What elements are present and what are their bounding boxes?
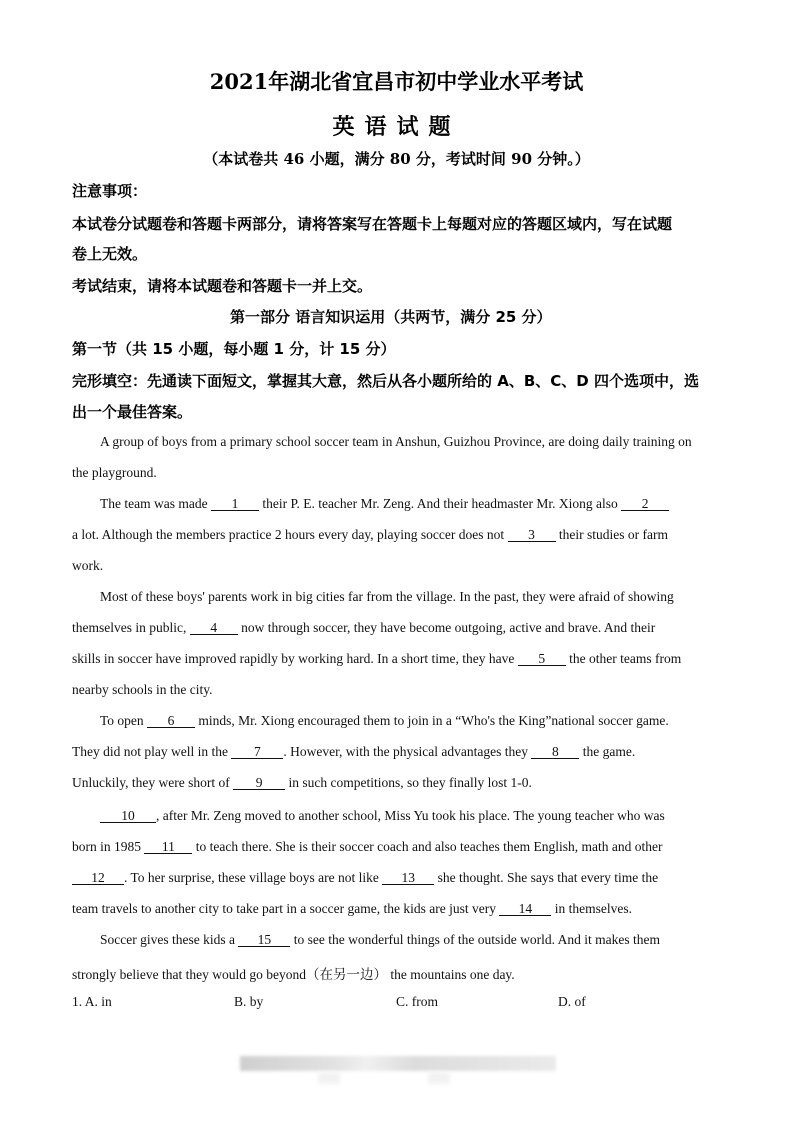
- text: . However, with the physical advantages …: [283, 744, 531, 759]
- blurred-footer-mark: [318, 1072, 340, 1084]
- passage-line: A group of boys from a primary school so…: [100, 434, 750, 450]
- text: , after Mr. Zeng moved to another school…: [156, 808, 665, 823]
- passage-line: 10, after Mr. Zeng moved to another scho…: [100, 808, 750, 824]
- notice-line-1: 本试卷分试题卷和答题卡两部分，请将答案写在答题卡上每题对应的答题区域内，写在试题: [72, 213, 672, 234]
- blank-8: 8: [531, 745, 579, 759]
- text: in such competitions, so they finally lo…: [285, 775, 532, 790]
- text: themselves in public,: [72, 620, 190, 635]
- text: Soccer gives these kids a: [100, 932, 238, 947]
- notice-heading: 注意事项：: [72, 180, 147, 201]
- instruction-line-2: 出一个最佳答案。: [72, 401, 192, 422]
- blurred-footer: [240, 1056, 556, 1071]
- option-a: 1. A. in: [72, 994, 112, 1010]
- blank-1: 1: [211, 497, 259, 511]
- blank-14: 14: [499, 902, 551, 916]
- notice-line-3: 考试结束，请将本试题卷和答题卡一并上交。: [72, 275, 372, 296]
- text: in themselves.: [551, 901, 632, 916]
- text: minds, Mr. Xiong encouraged them to join…: [195, 713, 669, 728]
- blank-7: 7: [231, 745, 283, 759]
- passage-line: the playground.: [72, 465, 722, 481]
- option-b: B. by: [234, 994, 263, 1010]
- text: their P. E. teacher Mr. Zeng. And their …: [259, 496, 621, 511]
- blank-12: 12: [72, 871, 124, 885]
- passage-line: 12. To her surprise, these village boys …: [72, 870, 722, 886]
- text: team travels to another city to take par…: [72, 901, 499, 916]
- text: the game.: [579, 744, 635, 759]
- option-c: C. from: [396, 994, 438, 1010]
- blank-11: 11: [144, 840, 192, 854]
- passage-line: a lot. Although the members practice 2 h…: [72, 527, 722, 543]
- section-heading: 第一节（共 15 小题，每小题 1 分，计 15 分）: [72, 338, 396, 359]
- text: To open: [100, 713, 147, 728]
- text: their studies or farm: [556, 527, 668, 542]
- text: to teach there. She is their soccer coac…: [192, 839, 662, 854]
- passage-line: Unluckily, they were short of 9 in such …: [72, 775, 722, 791]
- text: a lot. Although the members practice 2 h…: [72, 527, 508, 542]
- text: They did not play well in the: [72, 744, 231, 759]
- blank-6: 6: [147, 714, 195, 728]
- subject-title: 英语试题: [0, 110, 793, 141]
- blank-9: 9: [233, 776, 285, 790]
- blank-15: 15: [238, 933, 290, 947]
- passage-line: team travels to another city to take par…: [72, 901, 722, 917]
- exam-info: （本试卷共 46 小题，满分 80 分，考试时间 90 分钟。）: [0, 148, 793, 169]
- passage-line: Most of these boys' parents work in big …: [100, 589, 750, 605]
- blank-5: 5: [518, 652, 566, 666]
- blank-2: 2: [621, 497, 669, 511]
- exam-page: 2021年湖北省宜昌市初中学业水平考试 英语试题 （本试卷共 46 小题，满分 …: [0, 0, 793, 1122]
- text: born in 1985: [72, 839, 144, 854]
- exam-title: 2021年湖北省宜昌市初中学业水平考试: [0, 66, 793, 96]
- text: the other teams from: [566, 651, 681, 666]
- option-d: D. of: [558, 994, 586, 1010]
- passage-line: skills in soccer have improved rapidly b…: [72, 651, 722, 667]
- passage-line: themselves in public, 4 now through socc…: [72, 620, 722, 636]
- instruction-line-1: 完形填空：先通读下面短文，掌握其大意，然后从各小题所给的 A、B、C、D 四个选…: [72, 370, 699, 391]
- text: skills in soccer have improved rapidly b…: [72, 651, 518, 666]
- blank-10: 10: [100, 809, 156, 823]
- blank-3: 3: [508, 528, 556, 542]
- text: now through soccer, they have become out…: [238, 620, 655, 635]
- passage-line: To open 6 minds, Mr. Xiong encouraged th…: [100, 713, 750, 729]
- passage-line: strongly believe that they would go beyo…: [72, 963, 722, 983]
- text: . To her surprise, these village boys ar…: [124, 870, 382, 885]
- blank-13: 13: [382, 871, 434, 885]
- passage-line: The team was made 1 their P. E. teacher …: [100, 496, 750, 512]
- text: The team was made: [100, 496, 211, 511]
- blank-4: 4: [190, 621, 238, 635]
- passage-line: nearby schools in the city.: [72, 682, 722, 698]
- blurred-footer-mark: [428, 1072, 450, 1084]
- passage-line: They did not play well in the 7. However…: [72, 744, 722, 760]
- text: to see the wonderful things of the outsi…: [290, 932, 660, 947]
- text: she thought. She says that every time th…: [434, 870, 658, 885]
- passage-line: work.: [72, 558, 722, 574]
- passage-line: born in 1985 11 to teach there. She is t…: [72, 839, 722, 855]
- text: Unluckily, they were short of: [72, 775, 233, 790]
- part-heading: 第一部分 语言知识运用（共两节，满分 25 分）: [230, 306, 552, 327]
- notice-line-2: 卷上无效。: [72, 243, 147, 264]
- passage-line: Soccer gives these kids a 15 to see the …: [100, 932, 750, 948]
